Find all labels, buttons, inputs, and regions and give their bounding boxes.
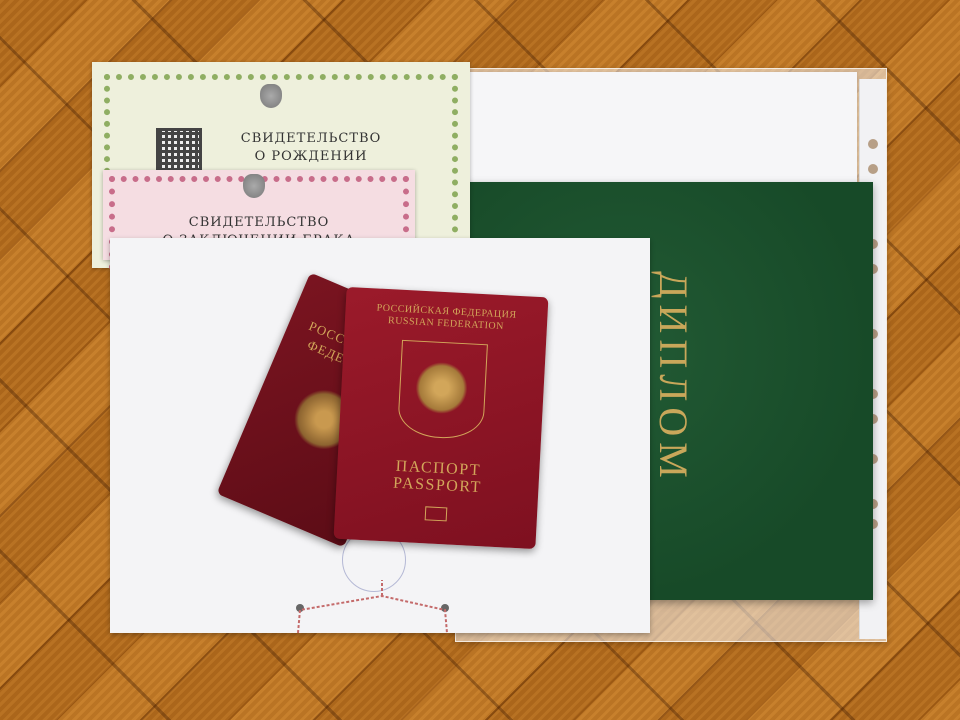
coat-of-arms-icon <box>243 174 265 198</box>
paper-stack <box>462 72 857 182</box>
marriage-cert-line1: СВИДЕТЕЛЬСТВО <box>103 214 415 232</box>
punch-hole <box>868 164 878 174</box>
foreign-passport: РОССИЙСКАЯ ФЕДЕРАЦИЯ RUSSIAN FEDERATION … <box>334 287 549 549</box>
punch-hole <box>868 139 878 149</box>
diploma-title: ДИПЛОМ <box>650 271 697 484</box>
birth-cert-line1: СВИДЕТЕЛЬСТВО <box>130 130 492 148</box>
biometric-chip-icon <box>425 506 448 521</box>
coat-of-arms-icon <box>260 84 282 108</box>
birth-cert-line2: О РОЖДЕНИИ <box>130 148 492 166</box>
